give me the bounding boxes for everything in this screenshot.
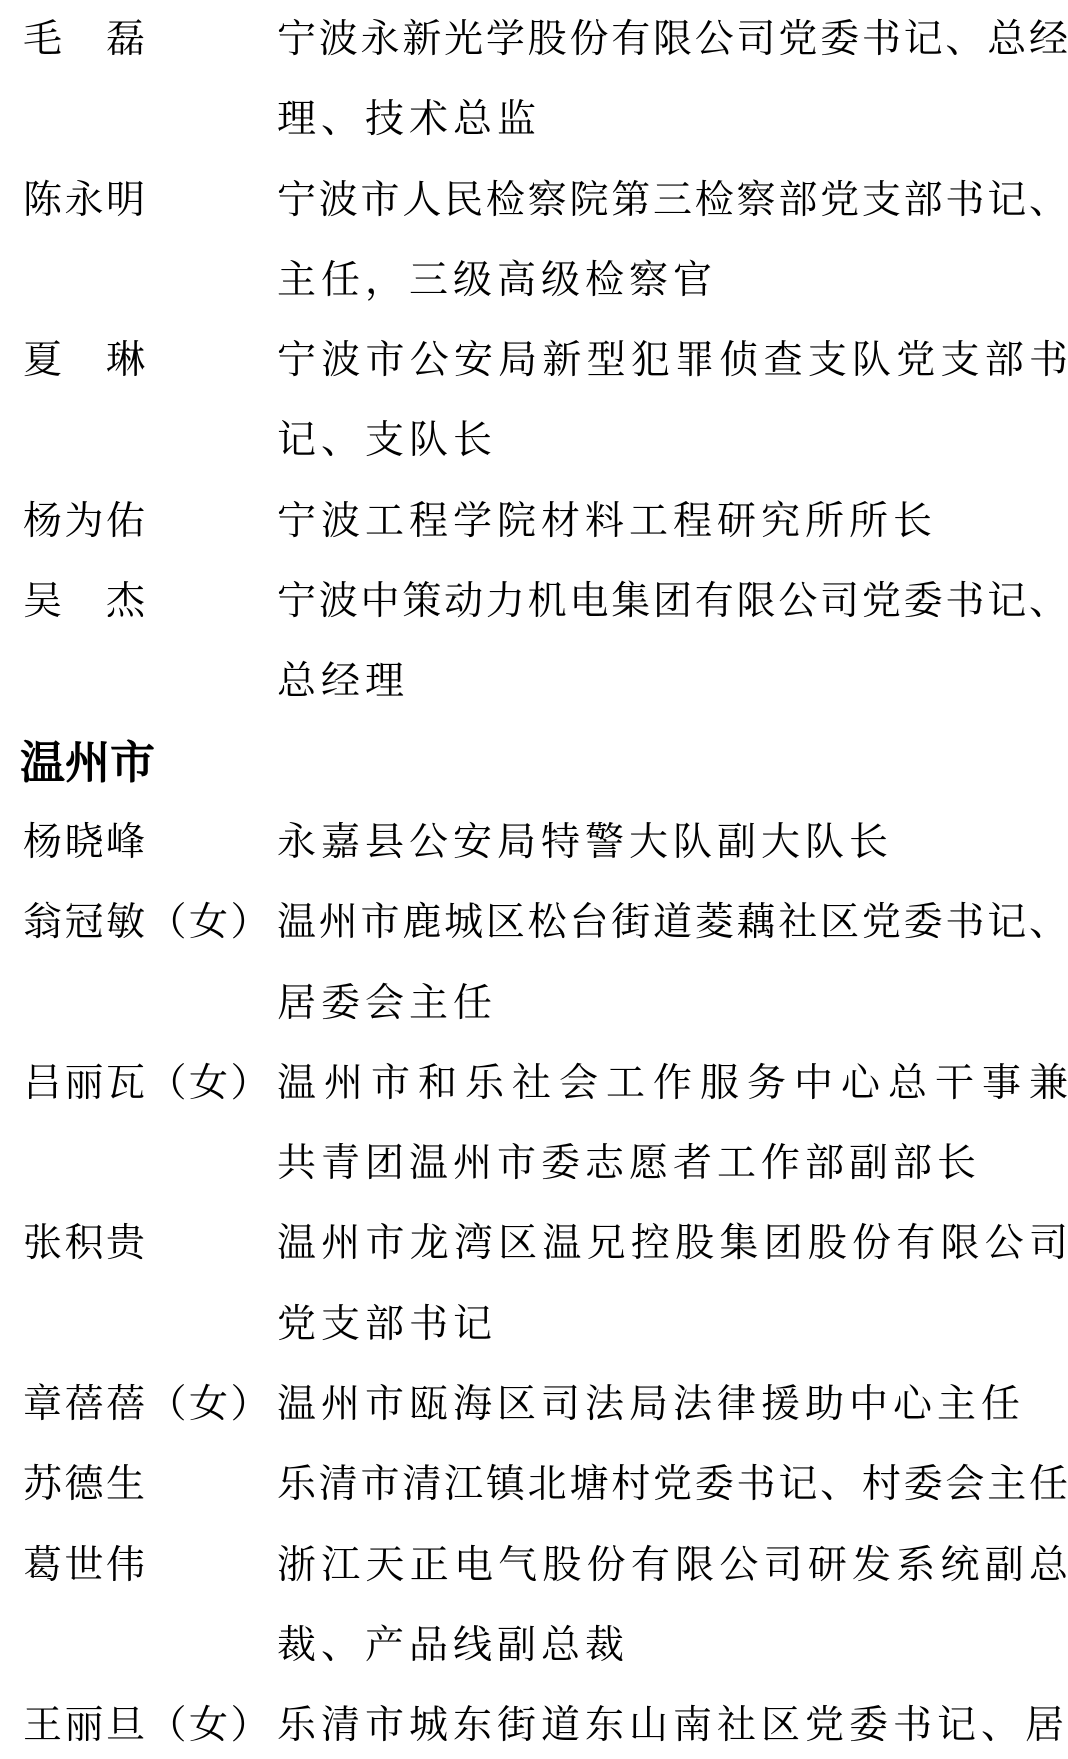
- roster-entry: 吴 杰 宁波中策动力机电集团有限公司党委书记、总经理: [0, 562, 1068, 723]
- person-title: 温州市和乐社会工作服务中心总干事兼共青团温州市委志愿者工作部副部长: [277, 1044, 1068, 1205]
- person-title: 温州市瓯海区司法局法律援助中心主任: [277, 1365, 1068, 1445]
- person-name: 葛世伟: [0, 1526, 277, 1606]
- title-line: 宁波永新光学股份有限公司党委书记、总经: [277, 0, 1068, 80]
- roster-entry: 杨为佑 宁波工程学院材料工程研究所所长: [0, 482, 1068, 562]
- person-name: 翁冠敏（女）: [0, 883, 277, 963]
- person-title: 宁波市公安局新型犯罪侦查支队党支部书记、支队长: [277, 321, 1068, 482]
- roster-entry: 吕丽瓦（女） 温州市和乐社会工作服务中心总干事兼共青团温州市委志愿者工作部副部长: [0, 1044, 1068, 1205]
- title-line: 宁波工程学院材料工程研究所所长: [277, 482, 1068, 562]
- roster-entry: 夏 琳 宁波市公安局新型犯罪侦查支队党支部书记、支队长: [0, 321, 1068, 482]
- person-name: 吕丽瓦（女）: [0, 1044, 277, 1124]
- person-name: 杨为佑: [0, 482, 277, 562]
- title-line: 记、支队长: [277, 401, 1068, 481]
- person-title: 乐清市城东街道东山南社区党委书记、居: [277, 1686, 1068, 1759]
- document-page: { "page": { "kind": "commendation-roster…: [0, 0, 1068, 1759]
- person-name: 毛 磊: [0, 0, 277, 80]
- section-header: 温州市: [0, 723, 1068, 803]
- roster-entry: 张积贵 温州市龙湾区温兄控股集团股份有限公司党支部书记: [0, 1204, 1068, 1365]
- title-line: 居委会主任: [277, 964, 1068, 1044]
- person-title: 宁波工程学院材料工程研究所所长: [277, 482, 1068, 562]
- title-line: 党支部书记: [277, 1285, 1068, 1365]
- roster-entry: 葛世伟 浙江天正电气股份有限公司研发系统副总裁、产品线副总裁: [0, 1526, 1068, 1687]
- person-title: 永嘉县公安局特警大队副大队长: [277, 803, 1068, 883]
- roster-entry: 翁冠敏（女） 温州市鹿城区松台街道菱藕社区党委书记、居委会主任: [0, 883, 1068, 1044]
- title-line: 温州市龙湾区温兄控股集团股份有限公司: [277, 1204, 1068, 1284]
- title-line: 主任，三级高级检察官: [277, 241, 1068, 321]
- title-line: 宁波市人民检察院第三检察部党支部书记、: [277, 161, 1068, 241]
- person-title: 宁波永新光学股份有限公司党委书记、总经理、技术总监: [277, 0, 1068, 161]
- person-name: 章蓓蓓（女）: [0, 1365, 277, 1445]
- title-line: 理、技术总监: [277, 80, 1068, 160]
- title-line: 温州市和乐社会工作服务中心总干事兼: [277, 1044, 1068, 1124]
- person-title: 温州市龙湾区温兄控股集团股份有限公司党支部书记: [277, 1204, 1068, 1365]
- person-name: 夏 琳: [0, 321, 277, 401]
- title-line: 温州市瓯海区司法局法律援助中心主任: [277, 1365, 1068, 1445]
- title-line: 乐清市清江镇北塘村党委书记、村委会主任: [277, 1445, 1068, 1525]
- person-name: 吴 杰: [0, 562, 277, 642]
- title-line: 浙江天正电气股份有限公司研发系统副总: [277, 1526, 1068, 1606]
- title-line: 乐清市城东街道东山南社区党委书记、居: [277, 1686, 1068, 1759]
- person-title: 浙江天正电气股份有限公司研发系统副总裁、产品线副总裁: [277, 1526, 1068, 1687]
- roster-entry: 陈永明 宁波市人民检察院第三检察部党支部书记、主任，三级高级检察官: [0, 161, 1068, 322]
- person-name: 王丽旦（女）: [0, 1686, 277, 1759]
- person-title: 宁波市人民检察院第三检察部党支部书记、主任，三级高级检察官: [277, 161, 1068, 322]
- person-name: 苏德生: [0, 1445, 277, 1525]
- roster-entry: 毛 磊 宁波永新光学股份有限公司党委书记、总经理、技术总监: [0, 0, 1068, 161]
- title-line: 总经理: [277, 642, 1068, 722]
- person-title: 温州市鹿城区松台街道菱藕社区党委书记、居委会主任: [277, 883, 1068, 1044]
- roster-entry: 杨晓峰 永嘉县公安局特警大队副大队长: [0, 803, 1068, 883]
- roster-entry: 苏德生 乐清市清江镇北塘村党委书记、村委会主任: [0, 1445, 1068, 1525]
- title-line: 永嘉县公安局特警大队副大队长: [277, 803, 1068, 883]
- person-name: 张积贵: [0, 1204, 277, 1284]
- person-name: 陈永明: [0, 161, 277, 241]
- roster-entry: 章蓓蓓（女） 温州市瓯海区司法局法律援助中心主任: [0, 1365, 1068, 1445]
- title-line: 裁、产品线副总裁: [277, 1606, 1068, 1686]
- title-line: 温州市鹿城区松台街道菱藕社区党委书记、: [277, 883, 1068, 963]
- title-line: 宁波市公安局新型犯罪侦查支队党支部书: [277, 321, 1068, 401]
- title-line: 宁波中策动力机电集团有限公司党委书记、: [277, 562, 1068, 642]
- person-title: 宁波中策动力机电集团有限公司党委书记、总经理: [277, 562, 1068, 723]
- person-title: 乐清市清江镇北塘村党委书记、村委会主任: [277, 1445, 1068, 1525]
- person-name: 杨晓峰: [0, 803, 277, 883]
- roster-entry: 王丽旦（女） 乐清市城东街道东山南社区党委书记、居: [0, 1686, 1068, 1759]
- roster-document: 毛 磊 宁波永新光学股份有限公司党委书记、总经理、技术总监 陈永明 宁波市人民检…: [0, 0, 1068, 1759]
- title-line: 共青团温州市委志愿者工作部副部长: [277, 1124, 1068, 1204]
